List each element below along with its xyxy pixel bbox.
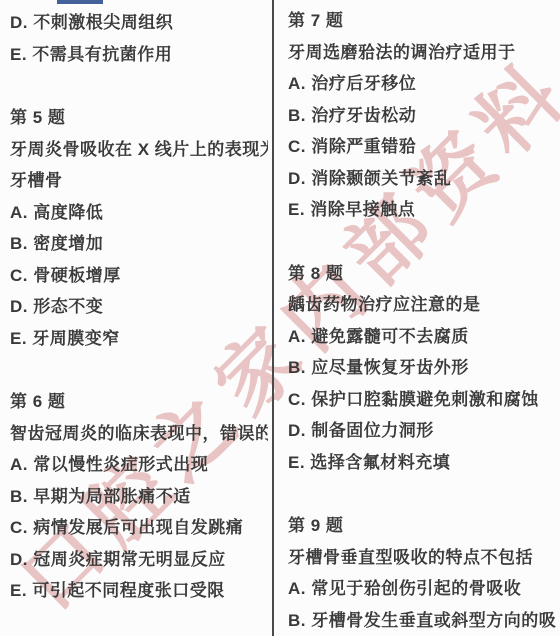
- question-stem: 牙周炎骨吸收在 X 线片上的表现为: [10, 132, 268, 164]
- option-line: A. 高度降低: [10, 195, 268, 227]
- column-divider-line: [272, 0, 274, 636]
- question-block: 第 8 题龋齿药物治疗应注意的是A. 避免露髓可不去腐质B. 应尽量恢复牙齿外形…: [288, 256, 556, 477]
- option-line: C. 病情发展后可出现自发跳痛: [10, 510, 268, 542]
- question-block: 第 9 题牙槽骨垂直型吸收的特点不包括A. 常见于𬌗创伤引起的骨吸收B. 牙槽骨…: [288, 508, 556, 634]
- option-line: B. 牙槽骨发生垂直或斜型方向的吸: [288, 603, 556, 635]
- option-line: D. 形态不变: [10, 289, 268, 321]
- option-line: E. 不需具有抗菌作用: [10, 37, 268, 69]
- question-number: 第 9 题: [288, 508, 556, 540]
- option-line: B. 应尽量恢复牙齿外形: [288, 350, 556, 382]
- option-line: A. 避免露髓可不去腐质: [288, 319, 556, 351]
- option-line: B. 治疗牙齿松动: [288, 98, 556, 130]
- option-line: A. 治疗后牙移位: [288, 66, 556, 98]
- option-line: B. 早期为局部胀痛不适: [10, 479, 268, 511]
- option-line: E. 选择含氟材料充填: [288, 445, 556, 477]
- option-line: C. 保护口腔黏膜避免刺激和腐蚀: [288, 382, 556, 414]
- question-stem: 牙槽骨垂直型吸收的特点不包括: [288, 540, 556, 572]
- question-number: 第 8 题: [288, 256, 556, 288]
- option-line: D. 消除颞颌关节紊乱: [288, 161, 556, 193]
- option-line: D. 制备固位力洞形: [288, 413, 556, 445]
- option-line: A. 常见于𬌗创伤引起的骨吸收: [288, 571, 556, 603]
- question-block: 第 5 题牙周炎骨吸收在 X 线片上的表现为牙槽骨A. 高度降低B. 密度增加C…: [10, 100, 268, 352]
- question-number: 第 7 题: [288, 3, 556, 35]
- option-line: C. 消除严重错𬌗: [288, 129, 556, 161]
- question-stem: 牙周选磨𬌗法的调治疗适用于: [288, 35, 556, 67]
- question-stem: 龋齿药物治疗应注意的是: [288, 287, 556, 319]
- question-number: 第 6 题: [10, 384, 268, 416]
- option-line: D. 不刺激根尖周组织: [10, 5, 268, 37]
- question-block: D. 不刺激根尖周组织E. 不需具有抗菌作用: [10, 5, 268, 68]
- document-page: 口腔之家内部资料 D. 不刺激根尖周组织E. 不需具有抗菌作用第 5 题牙周炎骨…: [0, 0, 560, 636]
- left-question-column: D. 不刺激根尖周组织E. 不需具有抗菌作用第 5 题牙周炎骨吸收在 X 线片上…: [10, 0, 268, 605]
- top-accent-bar: [57, 0, 103, 4]
- right-question-column: 第 7 题牙周选磨𬌗法的调治疗适用于A. 治疗后牙移位B. 治疗牙齿松动C. 消…: [288, 0, 556, 634]
- question-stem: 牙槽骨: [10, 163, 268, 195]
- option-line: A. 常以慢性炎症形式出现: [10, 447, 268, 479]
- option-line: E. 可引起不同程度张口受限: [10, 573, 268, 605]
- option-line: E. 消除早接触点: [288, 192, 556, 224]
- question-block: 第 6 题智齿冠周炎的临床表现中，错误的是A. 常以慢性炎症形式出现B. 早期为…: [10, 384, 268, 605]
- option-line: B. 密度增加: [10, 226, 268, 258]
- option-line: C. 骨硬板增厚: [10, 258, 268, 290]
- option-line: E. 牙周膜变窄: [10, 321, 268, 353]
- question-stem: 智齿冠周炎的临床表现中，错误的是: [10, 416, 268, 448]
- option-line: D. 冠周炎症期常无明显反应: [10, 542, 268, 574]
- question-number: 第 5 题: [10, 100, 268, 132]
- question-block: 第 7 题牙周选磨𬌗法的调治疗适用于A. 治疗后牙移位B. 治疗牙齿松动C. 消…: [288, 3, 556, 224]
